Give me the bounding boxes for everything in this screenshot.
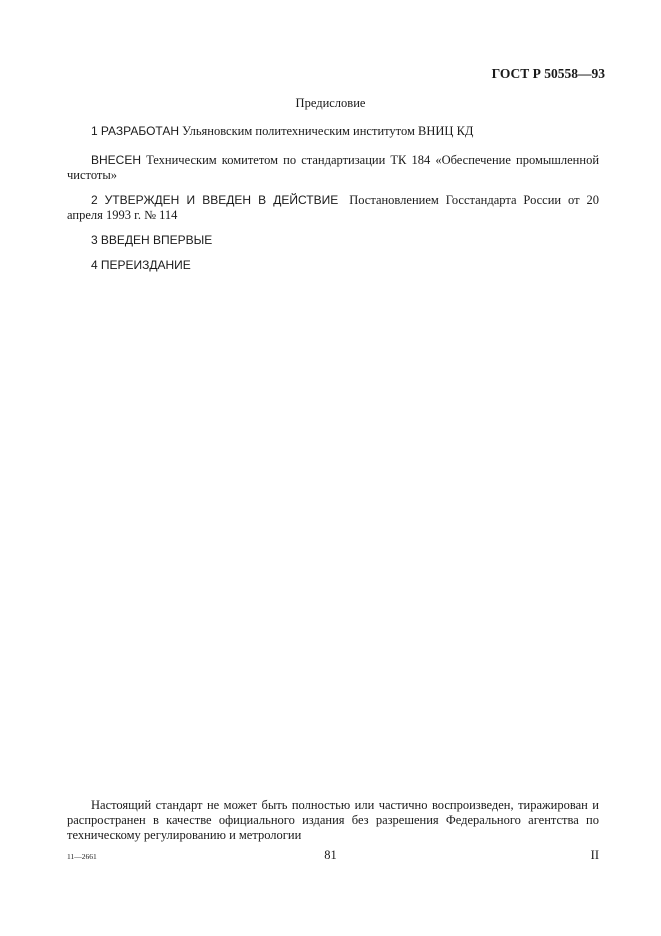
item-number: 4 bbox=[91, 258, 98, 272]
item-lead: ПЕРЕИЗДАНИЕ bbox=[101, 258, 191, 272]
roman-page-number: II bbox=[591, 848, 599, 863]
item-lead: РАЗРАБОТАН bbox=[101, 124, 179, 138]
item-first-introduced: 3 ВВЕДЕН ВПЕРВЫЕ bbox=[67, 233, 599, 248]
item-number: 2 bbox=[91, 193, 98, 207]
notice-text: Настоящий стандарт не может быть полност… bbox=[67, 798, 599, 842]
item-lead: ВНЕСЕН bbox=[91, 153, 141, 167]
item-lead: ВВЕДЕН ВПЕРВЫЕ bbox=[101, 233, 212, 247]
item-introduced: ВНЕСЕН Техническим комитетом по стандарт… bbox=[67, 153, 599, 183]
section-title: Предисловие bbox=[0, 96, 661, 111]
copyright-notice: Настоящий стандарт не может быть полност… bbox=[67, 798, 599, 843]
item-number: 1 bbox=[91, 124, 98, 138]
document-code: ГОСТ Р 50558—93 bbox=[492, 66, 605, 82]
item-lead: УТВЕРЖДЕН И ВВЕДЕН В ДЕЙСТВИЕ bbox=[105, 193, 339, 207]
item-approved: 2 УТВЕРЖДЕН И ВВЕДЕН В ДЕЙСТВИЕ Постанов… bbox=[67, 193, 599, 223]
item-reissue: 4 ПЕРЕИЗДАНИЕ bbox=[67, 258, 599, 273]
page-number: 81 bbox=[0, 848, 661, 863]
item-text: Ульяновским политехническим институтом В… bbox=[182, 124, 473, 138]
item-number: 3 bbox=[91, 233, 98, 247]
item-developed: 1 РАЗРАБОТАН Ульяновским политехническим… bbox=[67, 124, 599, 139]
item-text: Техническим комитетом по стандартизации … bbox=[67, 153, 599, 182]
